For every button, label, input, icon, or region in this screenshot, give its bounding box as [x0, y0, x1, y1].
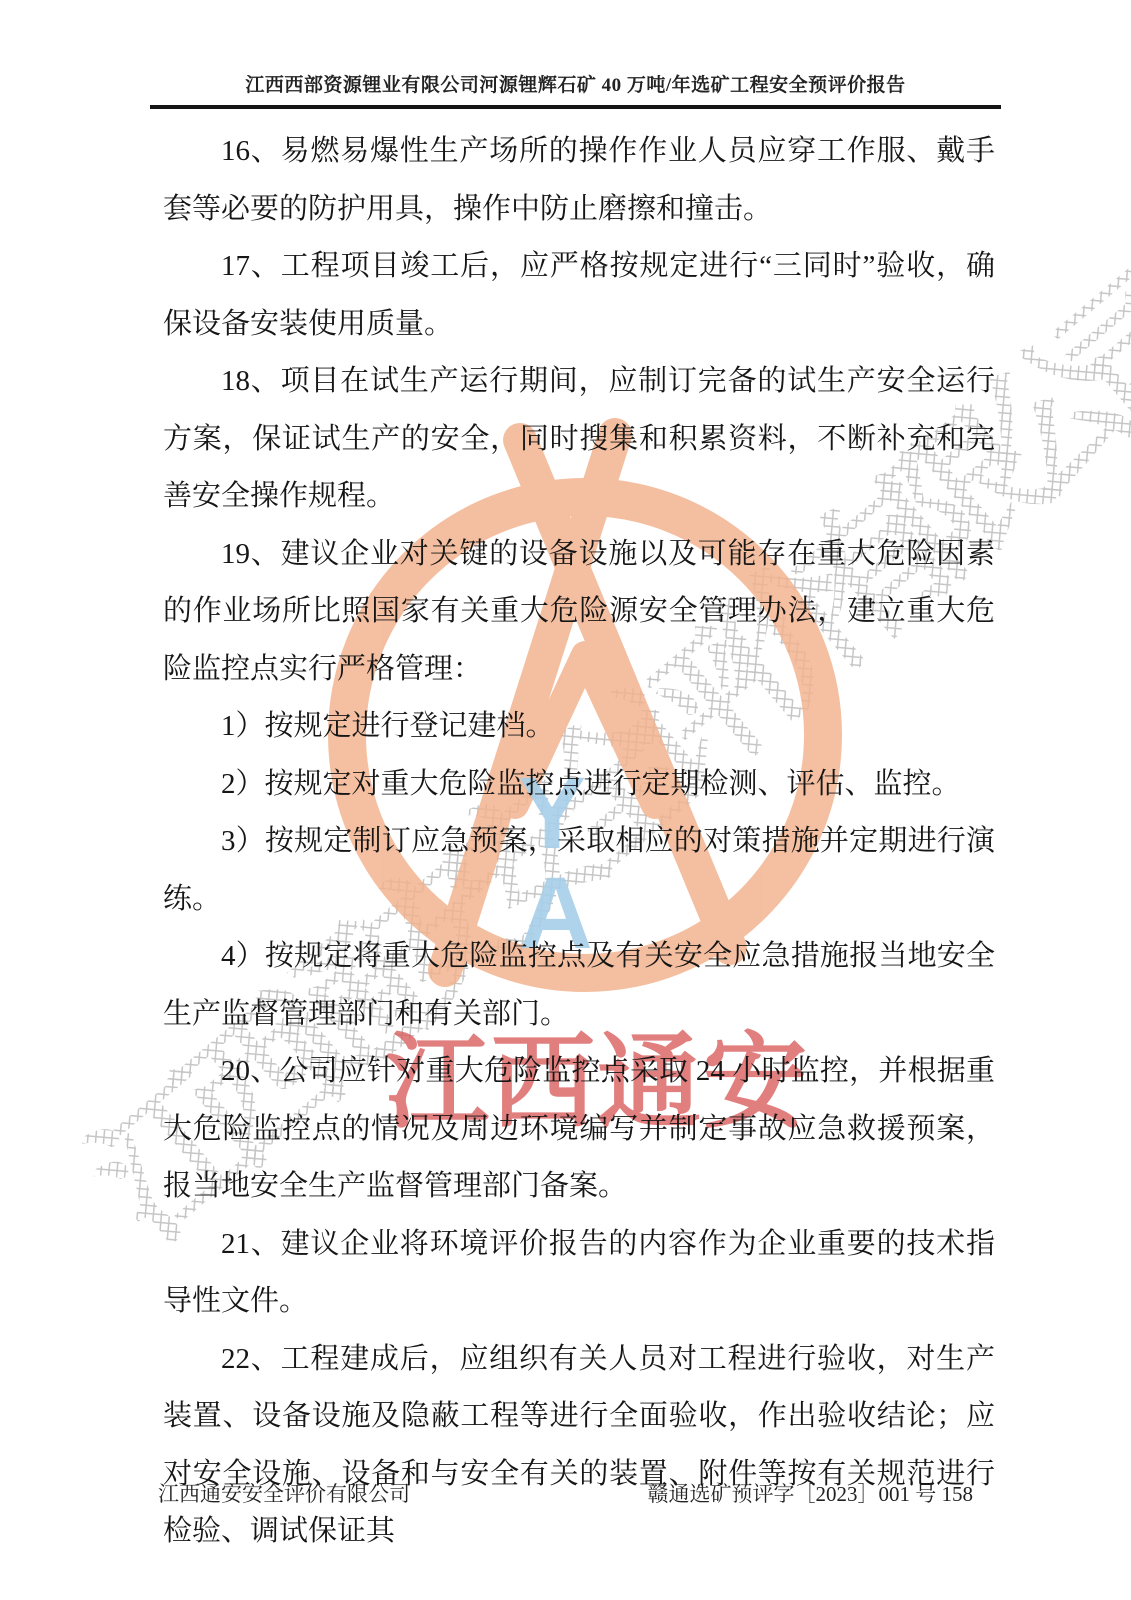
header-rule	[150, 105, 1001, 109]
page-header-title: 江西西部资源锂业有限公司河源锂辉石矿 40 万吨/年选矿工程安全预评价报告	[150, 0, 1001, 97]
paragraph-item-19-4: 4）按规定将重大危险监控点及有关安全应急措施报当地安全生产监督管理部门和有关部门…	[163, 928, 995, 1043]
paragraph-item-19-1: 1）按规定进行登记建档。	[163, 698, 995, 756]
paragraph-item-19: 19、建议企业对关键的设备设施以及可能存在重大危险因素的作业场所比照国家有关重大…	[163, 526, 995, 699]
paragraph-item-18: 18、项目在试生产运行期间，应制订完备的试生产安全运行方案，保证试生产的安全，同…	[163, 353, 995, 526]
document-content: 江西西部资源锂业有限公司河源锂辉石矿 40 万吨/年选矿工程安全预评价报告 16…	[150, 0, 1001, 1561]
report-page: 江西通安安全评价有限公司 Y A 江西通安 江西西部资源锂业有限公司河源锂辉石矿…	[0, 0, 1131, 1600]
paragraph-item-19-3: 3）按规定制订应急预案，采取相应的对策措施并定期进行演练。	[163, 813, 995, 928]
paragraph-item-22: 22、工程建成后，应组织有关人员对工程进行验收，对生产装置、设备设施及隐蔽工程等…	[163, 1331, 995, 1561]
paragraph-item-16: 16、易燃易爆性生产场所的操作作业人员应穿工作服、戴手套等必要的防护用具，操作中…	[163, 123, 995, 238]
footer-doc-number: 赣通选矿预评字［2023］001 号 158	[648, 1478, 974, 1508]
paragraph-item-20: 20、公司应针对重大危险监控点采取 24 小时监控，并根据重大危险监控点的情况及…	[163, 1043, 995, 1216]
page-footer: 江西通安安全评价有限公司 赣通选矿预评字［2023］001 号 158	[150, 1478, 1001, 1508]
footer-company-name: 江西通安安全评价有限公司	[158, 1478, 410, 1508]
paragraph-item-21: 21、建议企业将环境评价报告的内容作为企业重要的技术指导性文件。	[163, 1216, 995, 1331]
paragraph-item-17: 17、工程项目竣工后，应严格按规定进行“三同时”验收，确保设备安装使用质量。	[163, 238, 995, 353]
paragraph-item-19-2: 2）按规定对重大危险监控点进行定期检测、评估、监控。	[163, 756, 995, 814]
body-text: 16、易燃易爆性生产场所的操作作业人员应穿工作服、戴手套等必要的防护用具，操作中…	[150, 123, 1001, 1561]
